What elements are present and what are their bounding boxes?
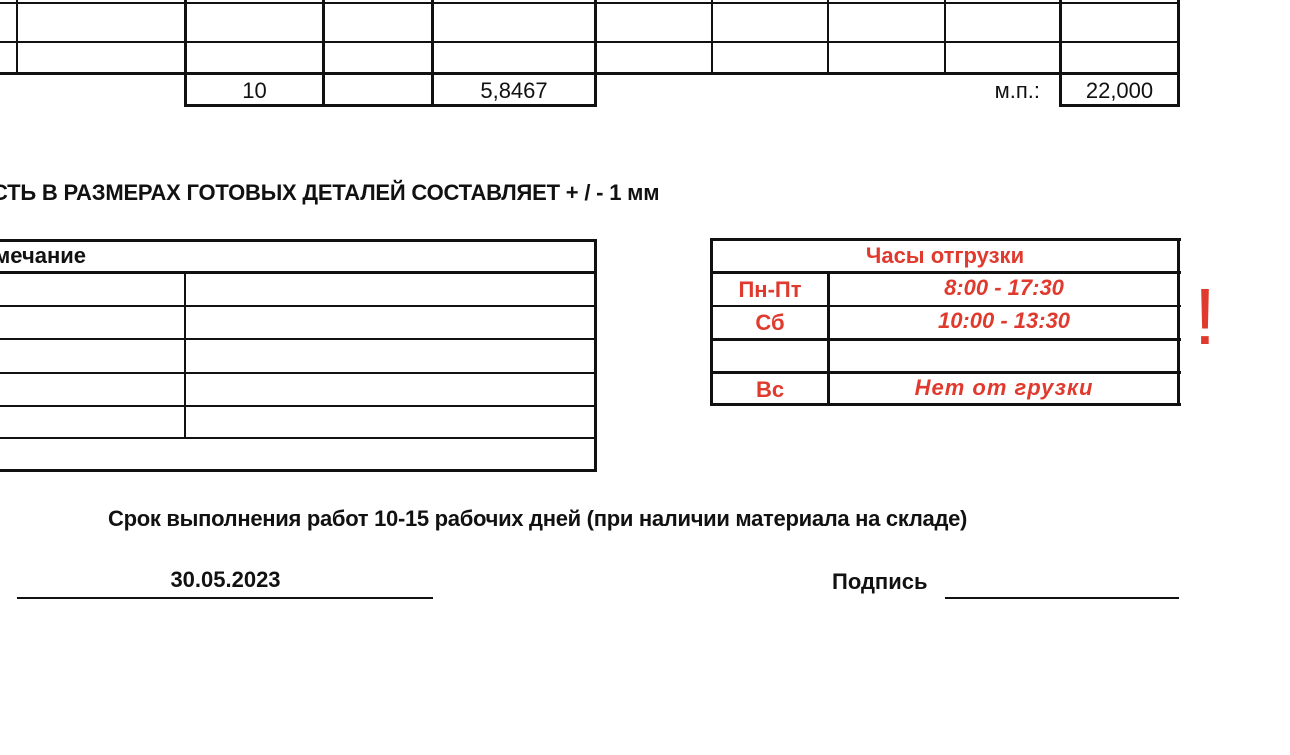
note-table-bottom-border: [0, 469, 597, 472]
row-divider: [0, 41, 1180, 43]
shipping-hours-value: Нет от грузки: [830, 372, 1178, 404]
note-cell-left[interactable]: [0, 307, 184, 338]
table-right-border: [1177, 0, 1180, 107]
exclamation-icon: !: [1188, 272, 1222, 362]
note-footer-cell[interactable]: [0, 439, 594, 469]
area-total: 5,8467: [434, 76, 594, 106]
row-divider: [0, 2, 1180, 4]
table-bottom-border: [0, 72, 1180, 75]
mp-value: 22,000: [1062, 76, 1177, 106]
shipping-day: Сб: [712, 307, 828, 339]
note-cell-left[interactable]: [0, 274, 184, 305]
shipping-hours-value: 8:00 - 17:30: [830, 272, 1178, 304]
note-cell-right[interactable]: [186, 307, 594, 338]
deadline-note: Срок выполнения работ 10-15 рабочих дней…: [108, 506, 967, 532]
quantity-total: 10: [187, 76, 322, 106]
note-cell-left[interactable]: [0, 340, 184, 372]
column-divider: [16, 0, 18, 74]
note-cell-left[interactable]: [0, 374, 184, 405]
column-divider: [827, 0, 829, 74]
note-table-top-border: [0, 239, 597, 242]
note-table-title: мечание: [0, 241, 86, 271]
signature-label: Подпись: [832, 569, 928, 595]
mp-label: м.п.:: [940, 76, 1040, 106]
note-cell-left[interactable]: [0, 407, 184, 437]
column-divider: [322, 0, 325, 107]
items-table: 10 5,8467 м.п.: 22,000: [0, 0, 1290, 110]
shipping-hours-value: 10:00 - 13:30: [830, 305, 1178, 337]
shipping-day: Пн-Пт: [712, 274, 828, 306]
note-cell-right[interactable]: [186, 374, 594, 405]
note-cell-right[interactable]: [186, 274, 594, 305]
column-divider: [594, 0, 597, 107]
column-divider: [944, 0, 946, 74]
tolerance-note: СТЬ В РАЗМЕРАХ ГОТОВЫХ ДЕТАЛЕЙ СОСТАВЛЯЕ…: [0, 180, 659, 206]
date-value: 30.05.2023: [18, 567, 433, 593]
shipping-day: Вс: [712, 374, 828, 406]
date-underline: [17, 597, 433, 599]
note-cell-right[interactable]: [186, 407, 594, 437]
shipping-hours-title: Часы отгрузки: [712, 241, 1178, 271]
note-cell-right[interactable]: [186, 340, 594, 372]
signature-line[interactable]: [945, 597, 1179, 599]
note-table-right-border: [594, 239, 597, 472]
column-divider: [711, 0, 713, 74]
